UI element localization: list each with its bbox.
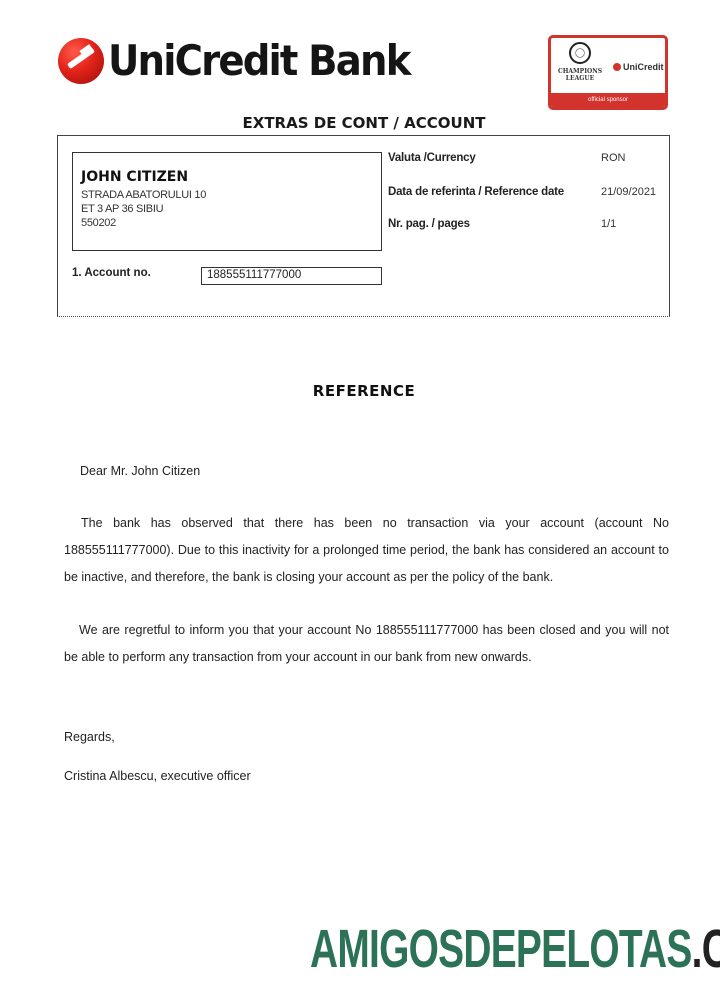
account-panel: JOHN CITIZEN STRADA ABATORULUI 10 ET 3 A…	[57, 135, 670, 317]
watermark: AMIGOSDEPELOTAS.COM	[310, 922, 720, 976]
address-line: ET 3 AP 36 SIBIU	[81, 202, 373, 216]
currency-value: RON	[601, 152, 625, 164]
sponsor-competition: CHAMPIONS LEAGUE	[555, 68, 605, 82]
letter-heading: REFERENCE	[0, 382, 720, 400]
champions-league-sponsor-badge: CHAMPIONS LEAGUE UniCredit official spon…	[548, 35, 668, 110]
logo-text: UniCredit Bank	[108, 40, 410, 82]
address-line: 550202	[81, 216, 373, 230]
account-number-field: 188555111777000	[201, 267, 382, 285]
customer-name: JOHN CITIZEN	[81, 169, 373, 185]
currency-label: Valuta /Currency	[388, 152, 476, 164]
sponsor-brand-text: UniCredit	[623, 62, 664, 72]
watermark-main: AMIGOSDEPELOTAS	[310, 919, 692, 979]
letter-signature: Cristina Albescu, executive officer	[64, 769, 251, 783]
pages-label: Nr. pag. / pages	[388, 218, 470, 230]
unicredit-mini-logo-icon	[613, 63, 621, 71]
address-line: STRADA ABATORULUI 10	[81, 188, 373, 202]
reference-date-value: 21/09/2021	[601, 186, 656, 198]
letter-paragraph: We are regretful to inform you that your…	[64, 617, 669, 671]
letter-closing: Regards,	[64, 730, 115, 744]
unicredit-logo: UniCredit Bank	[58, 38, 436, 84]
sponsor-footer: official sponsor	[551, 93, 665, 107]
document-title: EXTRAS DE CONT / ACCOUNT	[0, 114, 720, 132]
watermark-tld: .COM	[692, 919, 720, 979]
starball-icon	[569, 42, 591, 64]
pages-value: 1/1	[601, 218, 616, 230]
unicredit-ball-icon	[58, 38, 104, 84]
letter-paragraph: The bank has observed that there has bee…	[64, 510, 669, 591]
customer-address-box: JOHN CITIZEN STRADA ABATORULUI 10 ET 3 A…	[72, 152, 382, 251]
account-number-label: 1. Account no.	[72, 267, 151, 279]
letter-salutation: Dear Mr. John Citizen	[80, 464, 200, 478]
sponsor-brand: UniCredit	[613, 62, 664, 72]
reference-date-label: Data de referinta / Reference date	[388, 186, 564, 198]
